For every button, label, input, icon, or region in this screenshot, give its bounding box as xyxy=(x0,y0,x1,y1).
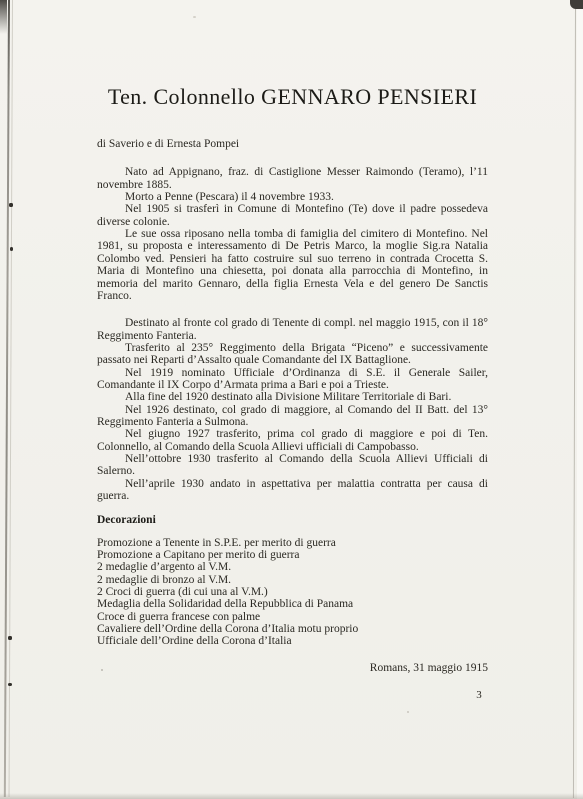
decoration-item: Medaglia della Solidaridad della Repubbl… xyxy=(97,598,488,610)
scan-speck xyxy=(9,203,13,207)
decoration-item: 2 medaglie di bronzo al V.M. xyxy=(97,574,488,586)
scan-corner-mark-top-right xyxy=(570,0,583,9)
decoration-item: Promozione a Tenente in S.P.E. per merit… xyxy=(97,537,488,549)
decorations-heading: Decorazioni xyxy=(97,514,488,526)
paragraph: Alla fine del 1920 destinato alla Divisi… xyxy=(97,391,488,403)
page-number: 3 xyxy=(471,689,487,701)
scan-bottom-shadow xyxy=(0,793,583,799)
paragraph: Nato ad Appignano, fraz. di Castiglione … xyxy=(97,166,488,191)
paragraph: Le sue ossa riposano nella tomba di fami… xyxy=(97,228,488,302)
page-content: Ten. Colonnello GENNARO PENSIERI di Save… xyxy=(97,0,488,675)
paragraph: Nel giugno 1927 trasferito, prima col gr… xyxy=(97,428,488,453)
scanned-page: Ten. Colonnello GENNARO PENSIERI di Save… xyxy=(0,0,583,799)
parents-line: di Saverio e di Ernesta Pompei xyxy=(97,138,488,150)
paragraph: Nel 1926 destinato, col grado di maggior… xyxy=(97,404,488,429)
decoration-item: Croce di guerra francese con palme xyxy=(97,611,488,623)
biography-paragraphs: Nato ad Appignano, fraz. di Castiglione … xyxy=(97,166,488,502)
paragraph: Nel 1919 nominato Ufficiale d’Ordinanza … xyxy=(97,367,488,392)
page-edge-line xyxy=(573,6,576,798)
scan-speck xyxy=(8,636,12,640)
decoration-item: Cavaliere dell’Ordine della Corona d’Ita… xyxy=(97,623,488,635)
paragraph: Trasferito al 235° Reggimento della Brig… xyxy=(97,342,488,367)
paragraph: Nel 1905 si trasferì in Comune di Montef… xyxy=(97,203,488,228)
page-title: Ten. Colonnello GENNARO PENSIERI xyxy=(97,84,488,110)
paragraph: Destinato al fronte col grado di Tenente… xyxy=(97,317,488,342)
paragraph: Nell’aprile 1930 andato in aspettativa p… xyxy=(97,478,488,503)
decoration-item: 2 medaglie d’argento al V.M. xyxy=(97,561,488,573)
scan-speck xyxy=(8,683,12,686)
decorations-list: Promozione a Tenente in S.P.E. per merit… xyxy=(97,537,488,648)
decoration-item: 2 Croci di guerra (di cui una al V.M.) xyxy=(97,586,488,598)
decoration-item: Promozione a Capitano per merito di guer… xyxy=(97,549,488,561)
dateline: Romans, 31 maggio 1915 xyxy=(97,662,488,674)
scan-corner-mark-top-left xyxy=(0,0,7,34)
scan-speck xyxy=(10,247,13,251)
decoration-item: Ufficiale dell’Ordine della Corona d’Ita… xyxy=(97,635,488,647)
paragraph: Nell’ottobre 1930 trasferito al Comando … xyxy=(97,453,488,478)
scan-dust xyxy=(407,711,409,713)
page-edge-strip xyxy=(577,0,583,799)
paragraph: Morto a Penne (Pescara) il 4 novembre 19… xyxy=(97,191,488,203)
